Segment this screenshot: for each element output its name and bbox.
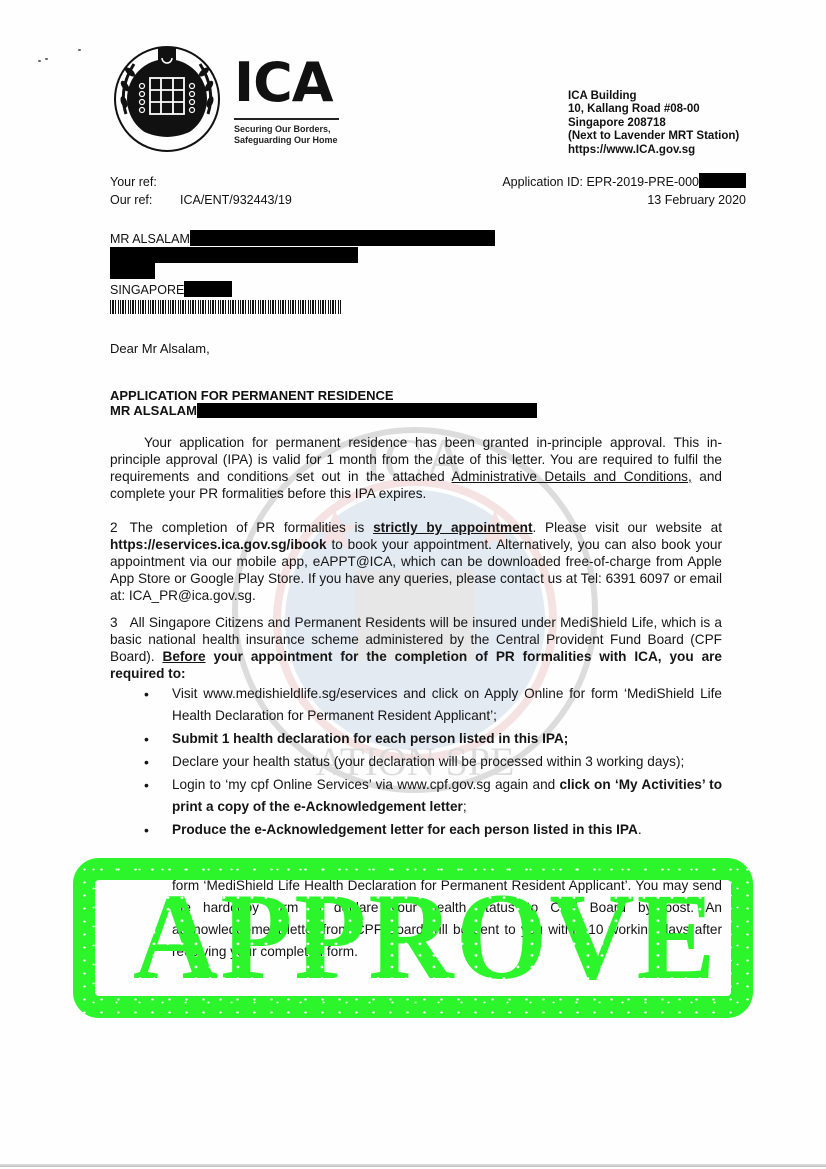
redaction-bar: [699, 173, 746, 188]
subject-line-2: MR ALSALAM: [110, 403, 197, 418]
redaction-bar: [184, 281, 232, 297]
postal-barcode: [110, 300, 342, 314]
list-item-text: .: [638, 822, 642, 837]
paragraph-3: 3All Singapore Citizens and Permanent Re…: [110, 614, 722, 682]
admin-details-reference: Administrative Details and Conditions,: [452, 469, 692, 484]
ica-tagline: Securing Our Borders, Safeguarding Our H…: [234, 124, 338, 146]
address-line: Singapore 208718: [568, 117, 739, 130]
list-item: Login to ‘my cpf Online Services’ via ww…: [110, 774, 722, 818]
list-item-text: ;: [463, 799, 467, 814]
list-item-text-bold: Produce the e-Acknowledgement letter for…: [172, 822, 638, 837]
application-id-label: Application ID:: [502, 175, 583, 189]
redaction-bar: [197, 403, 537, 418]
list-item-text: Login to ‘my cpf Online Services’ via ww…: [172, 777, 560, 792]
our-ref-value: ICA/ENT/932443/19: [180, 193, 292, 207]
paragraph-number: 2: [110, 520, 118, 535]
list-item-text: Visit www.medishieldlife.sg/eservices an…: [172, 686, 722, 723]
scan-speck: [38, 60, 41, 62]
subject-line-1: APPLICATION FOR PERMANENT RESIDENCE: [110, 388, 537, 403]
appointment-emphasis: strictly by appointment: [373, 520, 532, 535]
paragraph-text: The completion of PR formalities is: [130, 520, 374, 535]
recipient-name: MR ALSALAM: [110, 232, 190, 246]
tagline-line-2: Safeguarding Our Home: [234, 135, 338, 146]
letter-subject: APPLICATION FOR PERMANENT RESIDENCE MR A…: [110, 388, 537, 418]
wordmark-rule: [234, 118, 339, 120]
ica-logo: ICA Securing Our Borders, Safeguarding O…: [112, 44, 342, 154]
redaction-bar: [190, 230, 495, 246]
recipient-block: MR ALSALAM SINGAPORE: [110, 230, 495, 314]
scan-speck: [45, 58, 48, 60]
recipient-city: SINGAPORE: [110, 283, 184, 297]
list-item-text: , you can visit www.medishieldlife.sg/es…: [172, 856, 722, 959]
list-item: Submit 1 health declaration for each per…: [110, 728, 722, 750]
your-ref-label: Your ref:: [110, 173, 180, 191]
list-item: Declare your health status (your declara…: [110, 751, 722, 773]
redaction-bar: [110, 261, 155, 279]
application-block: Application ID: EPR-2019-PRE-000 13 Febr…: [502, 173, 746, 209]
paragraph-text: . Please visit our website at: [533, 520, 722, 535]
list-item: Visit www.medishieldlife.sg/eservices an…: [110, 683, 722, 727]
list-item: Produce the e-Acknowledgement letter for…: [110, 819, 722, 841]
sender-address: ICA Building 10, Kallang Road #08-00 Sin…: [568, 90, 739, 157]
list-item: Alternatively, you can visit www.medishi…: [110, 853, 722, 963]
address-website: https://www.ICA.gov.sg: [568, 144, 739, 157]
reference-block: Your ref: Our ref:ICA/ENT/932443/19: [110, 173, 292, 209]
ica-seal-icon: [112, 44, 222, 154]
alternatively-emphasis: Alternatively: [172, 856, 245, 871]
ica-wordmark: ICA: [234, 56, 333, 110]
before-emphasis: Before: [163, 649, 206, 664]
address-line: (Next to Lavender MRT Station): [568, 130, 739, 143]
paragraph-1: Your application for permanent residence…: [110, 434, 722, 502]
letter-date: 13 February 2020: [502, 191, 746, 209]
paragraph-2: 2The completion of PR formalities is str…: [110, 519, 722, 604]
scan-speck: [78, 49, 81, 51]
our-ref-label: Our ref:: [110, 191, 180, 209]
page-bottom-edge: [0, 1164, 826, 1167]
application-id-value: EPR-2019-PRE-000: [586, 175, 699, 189]
requirements-list: Visit www.medishieldlife.sg/eservices an…: [110, 683, 722, 964]
salutation: Dear Mr Alsalam,: [110, 341, 210, 356]
list-item-text: Declare your health status (your declara…: [172, 754, 684, 769]
paragraph-number: 3: [110, 615, 118, 630]
ibook-url[interactable]: https://eservices.ica.gov.sg/ibook: [110, 537, 327, 552]
address-line: ICA Building: [568, 90, 739, 103]
address-line: 10, Kallang Road #08-00: [568, 103, 739, 116]
list-item-text-bold: Submit 1 health declaration for each per…: [172, 731, 568, 746]
tagline-line-1: Securing Our Borders,: [234, 124, 338, 135]
